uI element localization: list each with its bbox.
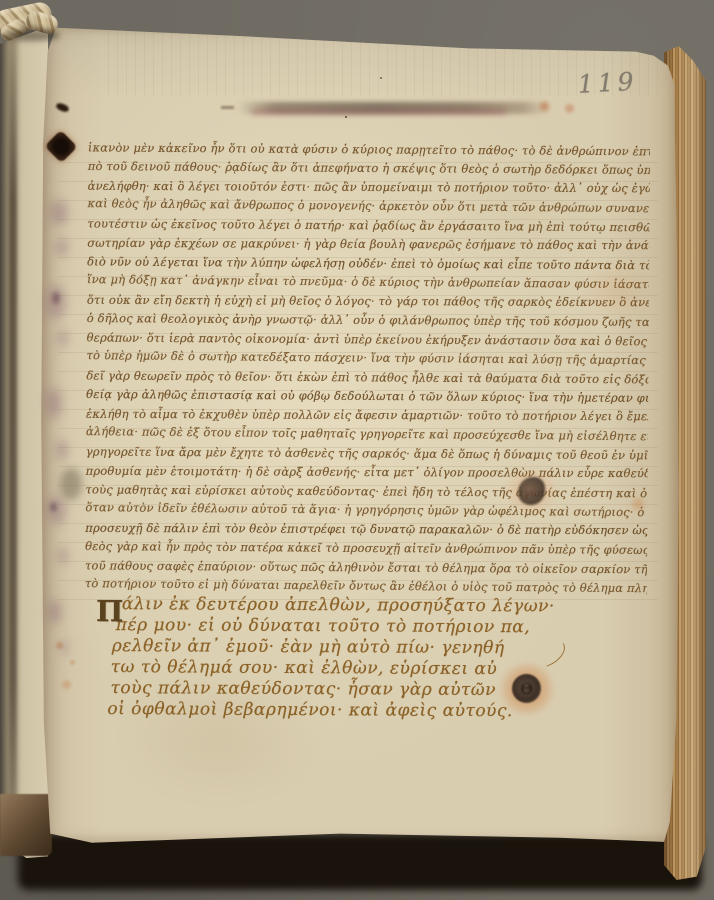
commentary-line: ὅτι οὐκ ἂν εἴη δεκτὴ ἡ εὐχὴ εἰ μὴ θεῖος … [87, 291, 649, 312]
gutter-stain [58, 330, 68, 346]
gutter-stain [50, 200, 68, 226]
endband-cord-shadow [2, 30, 60, 41]
commentary-line: προθυμία μὲν ἑτοιμοτάτη· ἡ δὲ σὰρξ ἀσθεν… [86, 462, 648, 483]
ink-blot [518, 477, 545, 505]
rust-dot [565, 104, 574, 113]
gutter-stain [48, 600, 62, 624]
theta-mark: Θ [512, 674, 541, 703]
book-shadow [18, 834, 702, 890]
rust-stain [580, 262, 650, 318]
gray-smudge [60, 468, 82, 500]
lemma-line: πέρ μου· εἰ οὐ δύναται τοῦτο τὸ ποτήριον… [116, 615, 598, 639]
commentary-text-block: ἱκανὸν μὲν κἀκεῖνο ἦν ὅτι οὐ κατὰ φύσιν … [85, 138, 650, 600]
lemma-line: άλιν ἐκ δευτέρου ἀπελθὼν, προσηύξατο λέγ… [122, 594, 598, 617]
manuscript-page: 119 ἱκανὸν μὲν κἀκεῖνο ἦν ὅτι οὐ κατὰ φύ… [40, 22, 680, 846]
gutter-stain [60, 640, 68, 654]
faded-header-red-tint [251, 109, 506, 115]
gutter-stain [46, 388, 62, 418]
rust-dot [62, 680, 71, 689]
commentary-line: ἱκανὸν μὲν κἀκεῖνο ἦν ὅτι οὐ κατὰ φύσιν … [88, 138, 650, 161]
rust-dot [537, 99, 552, 114]
gutter-stain-core [52, 292, 60, 304]
lemma-initial-letter: Π [96, 594, 124, 628]
gutter-stain [56, 238, 68, 256]
commentary-line: προσευχῇ δὲ πάλιν ἐπὶ τὸν θεὸν ἐπιστρέφε… [85, 519, 647, 540]
manuscript-photo: { "photo": { "backdrop_color": "#6e6a61"… [0, 0, 714, 900]
parchment-grain [100, 24, 660, 96]
binding-board-corner [0, 794, 52, 856]
spine-gutter-strip [0, 24, 48, 858]
gutter-stain-core [50, 502, 57, 512]
commentary-line: δεῖ γὰρ θεωρεῖν πρὸς τὸ θεῖον· ὅτι ἑκὼν … [86, 366, 648, 389]
faded-header-dash [221, 106, 234, 109]
gutter-stain [56, 440, 68, 460]
ink-speck [380, 77, 382, 79]
ink-speck [345, 116, 347, 118]
folio-number: 119 [577, 66, 649, 110]
rust-dot [70, 660, 75, 665]
lemma-line: ρελθεῖν ἀπ᾽ ἐμοῦ· ἐὰν μὴ αὐτὸ πίω· γενηθ… [112, 636, 598, 660]
rust-stain [632, 498, 644, 510]
gutter-stain [58, 548, 68, 564]
spine-fold-line [9, 40, 17, 840]
faded-header-title [237, 94, 548, 122]
commentary-line: σωτηρίαν γὰρ ἐκχέων σε μακρύνει· ἡ γὰρ θ… [87, 234, 649, 255]
